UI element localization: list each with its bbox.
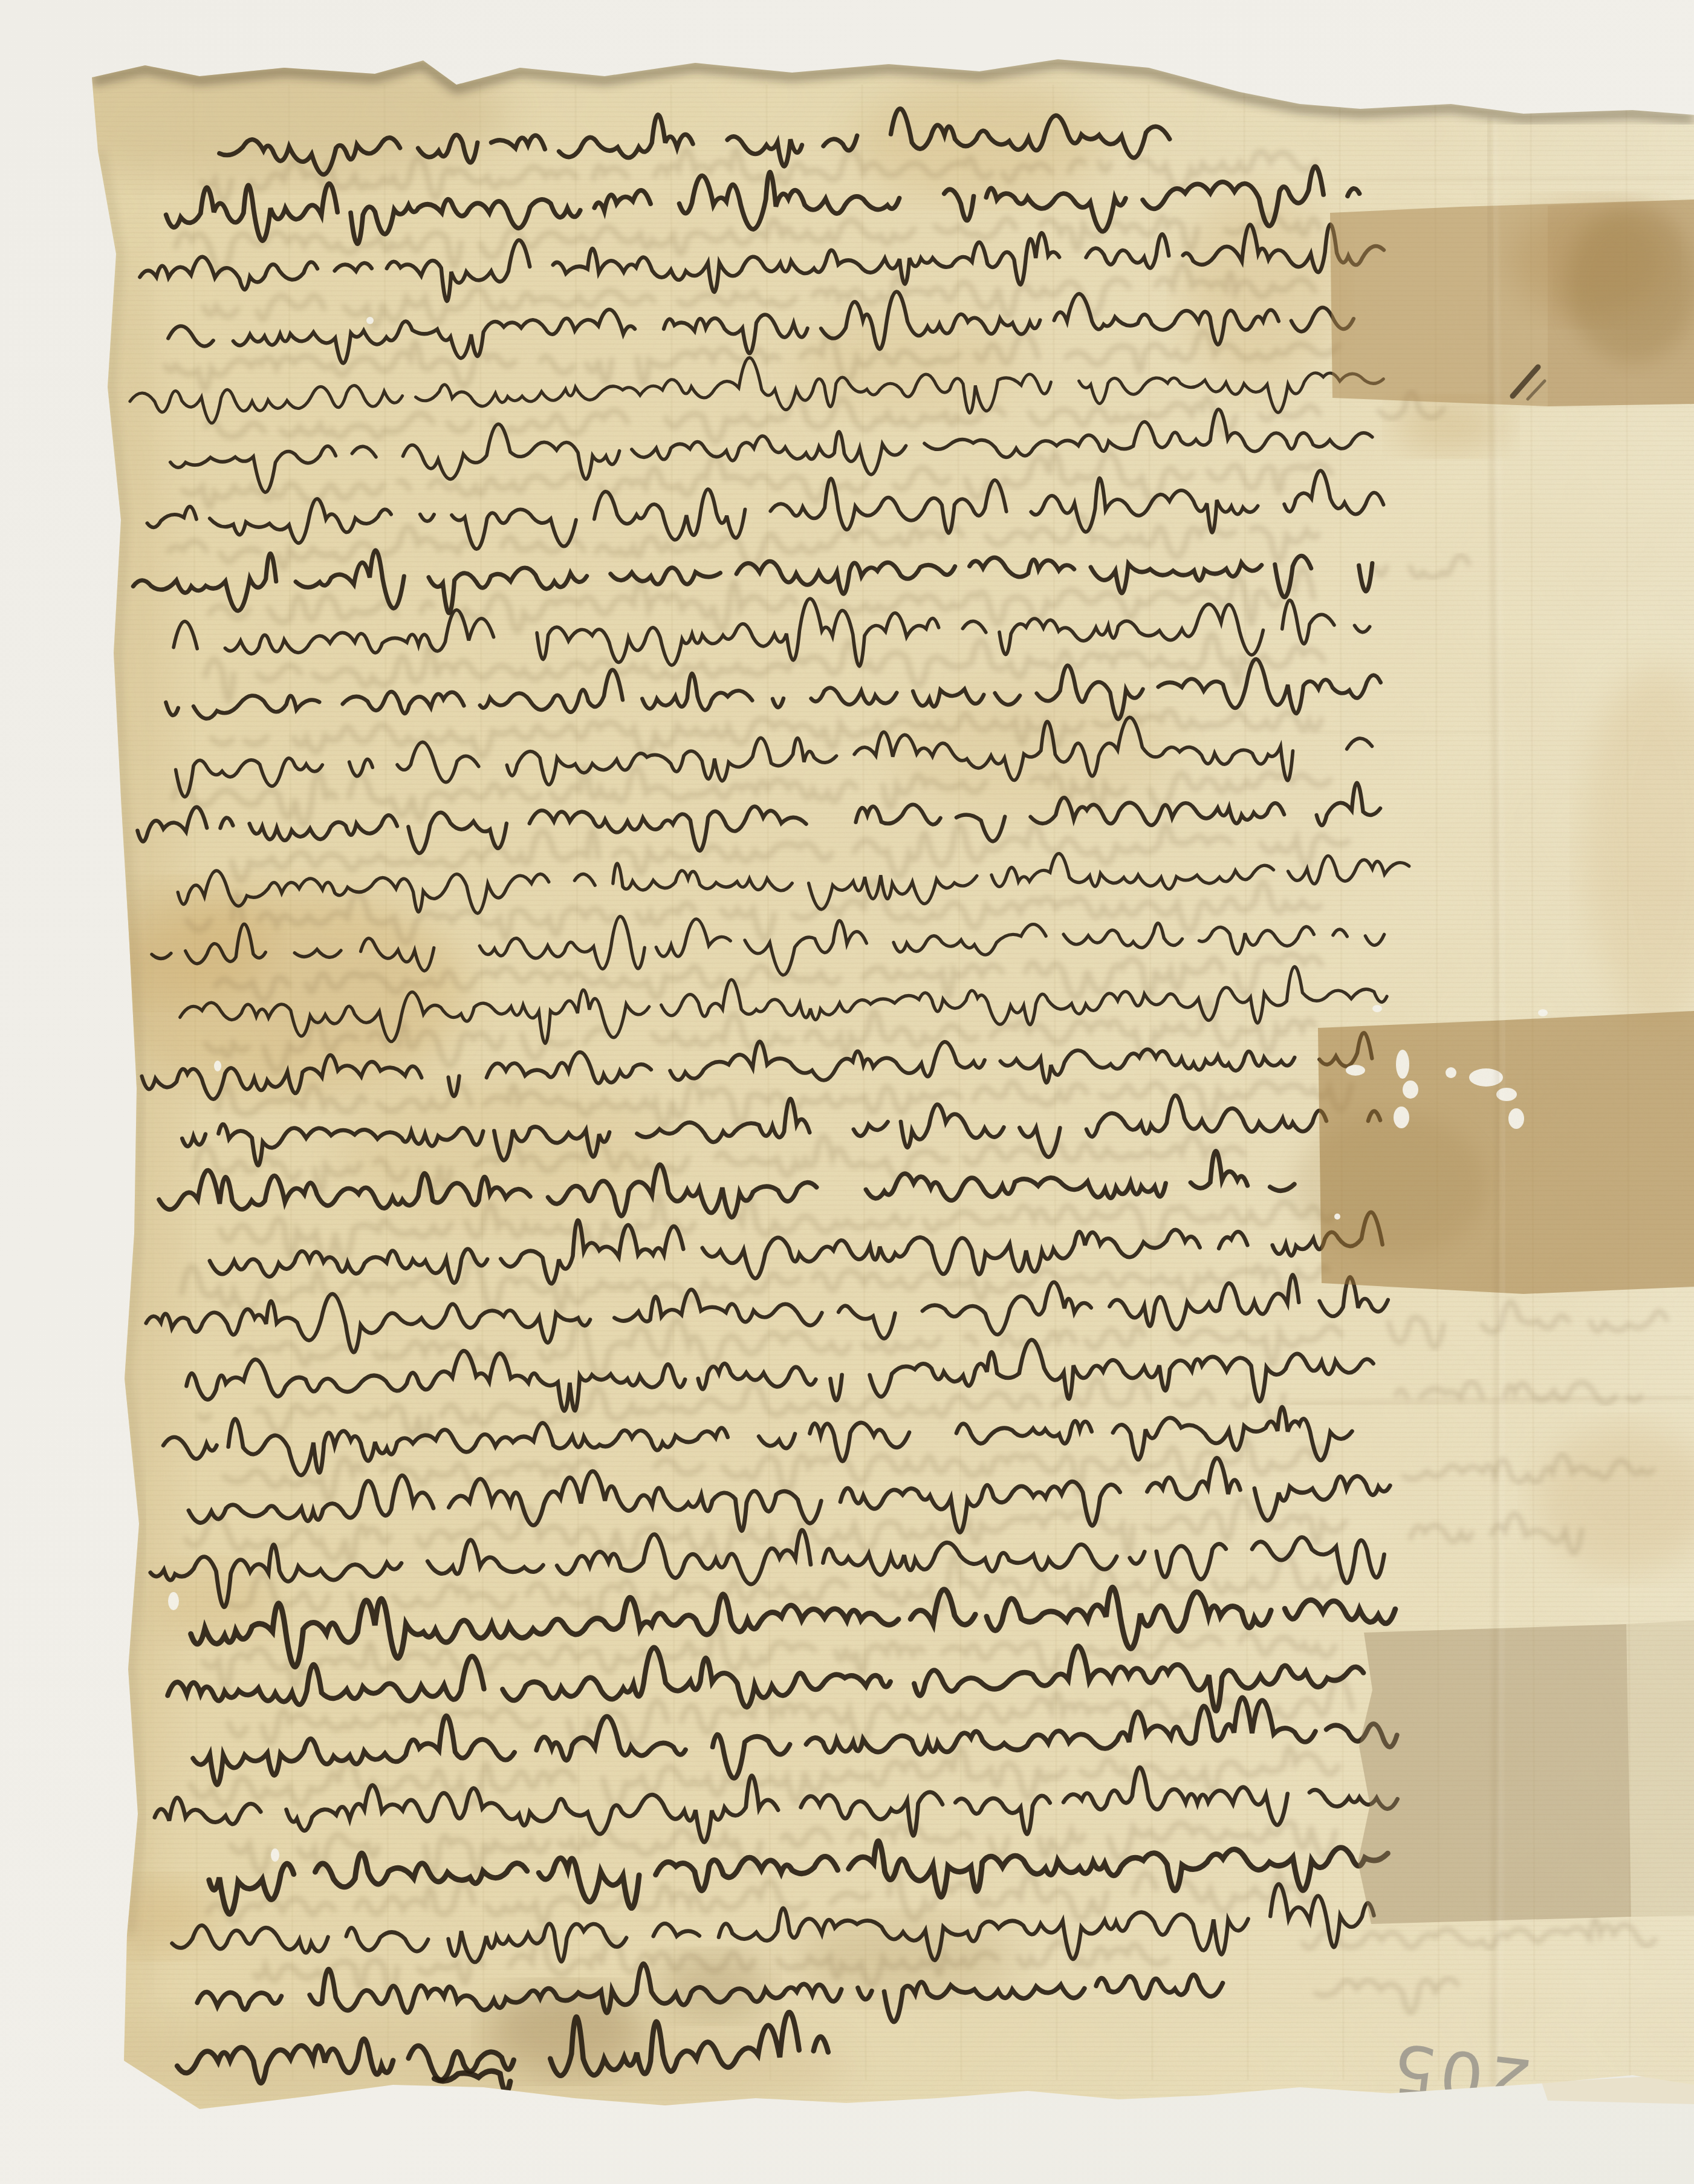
- manuscript-sheet: 205: [0, 0, 1694, 2184]
- scanned-document: 205: [0, 0, 1694, 2184]
- paper-grain-texture: [0, 0, 1694, 2184]
- scan-canvas: 205: [0, 0, 1694, 2184]
